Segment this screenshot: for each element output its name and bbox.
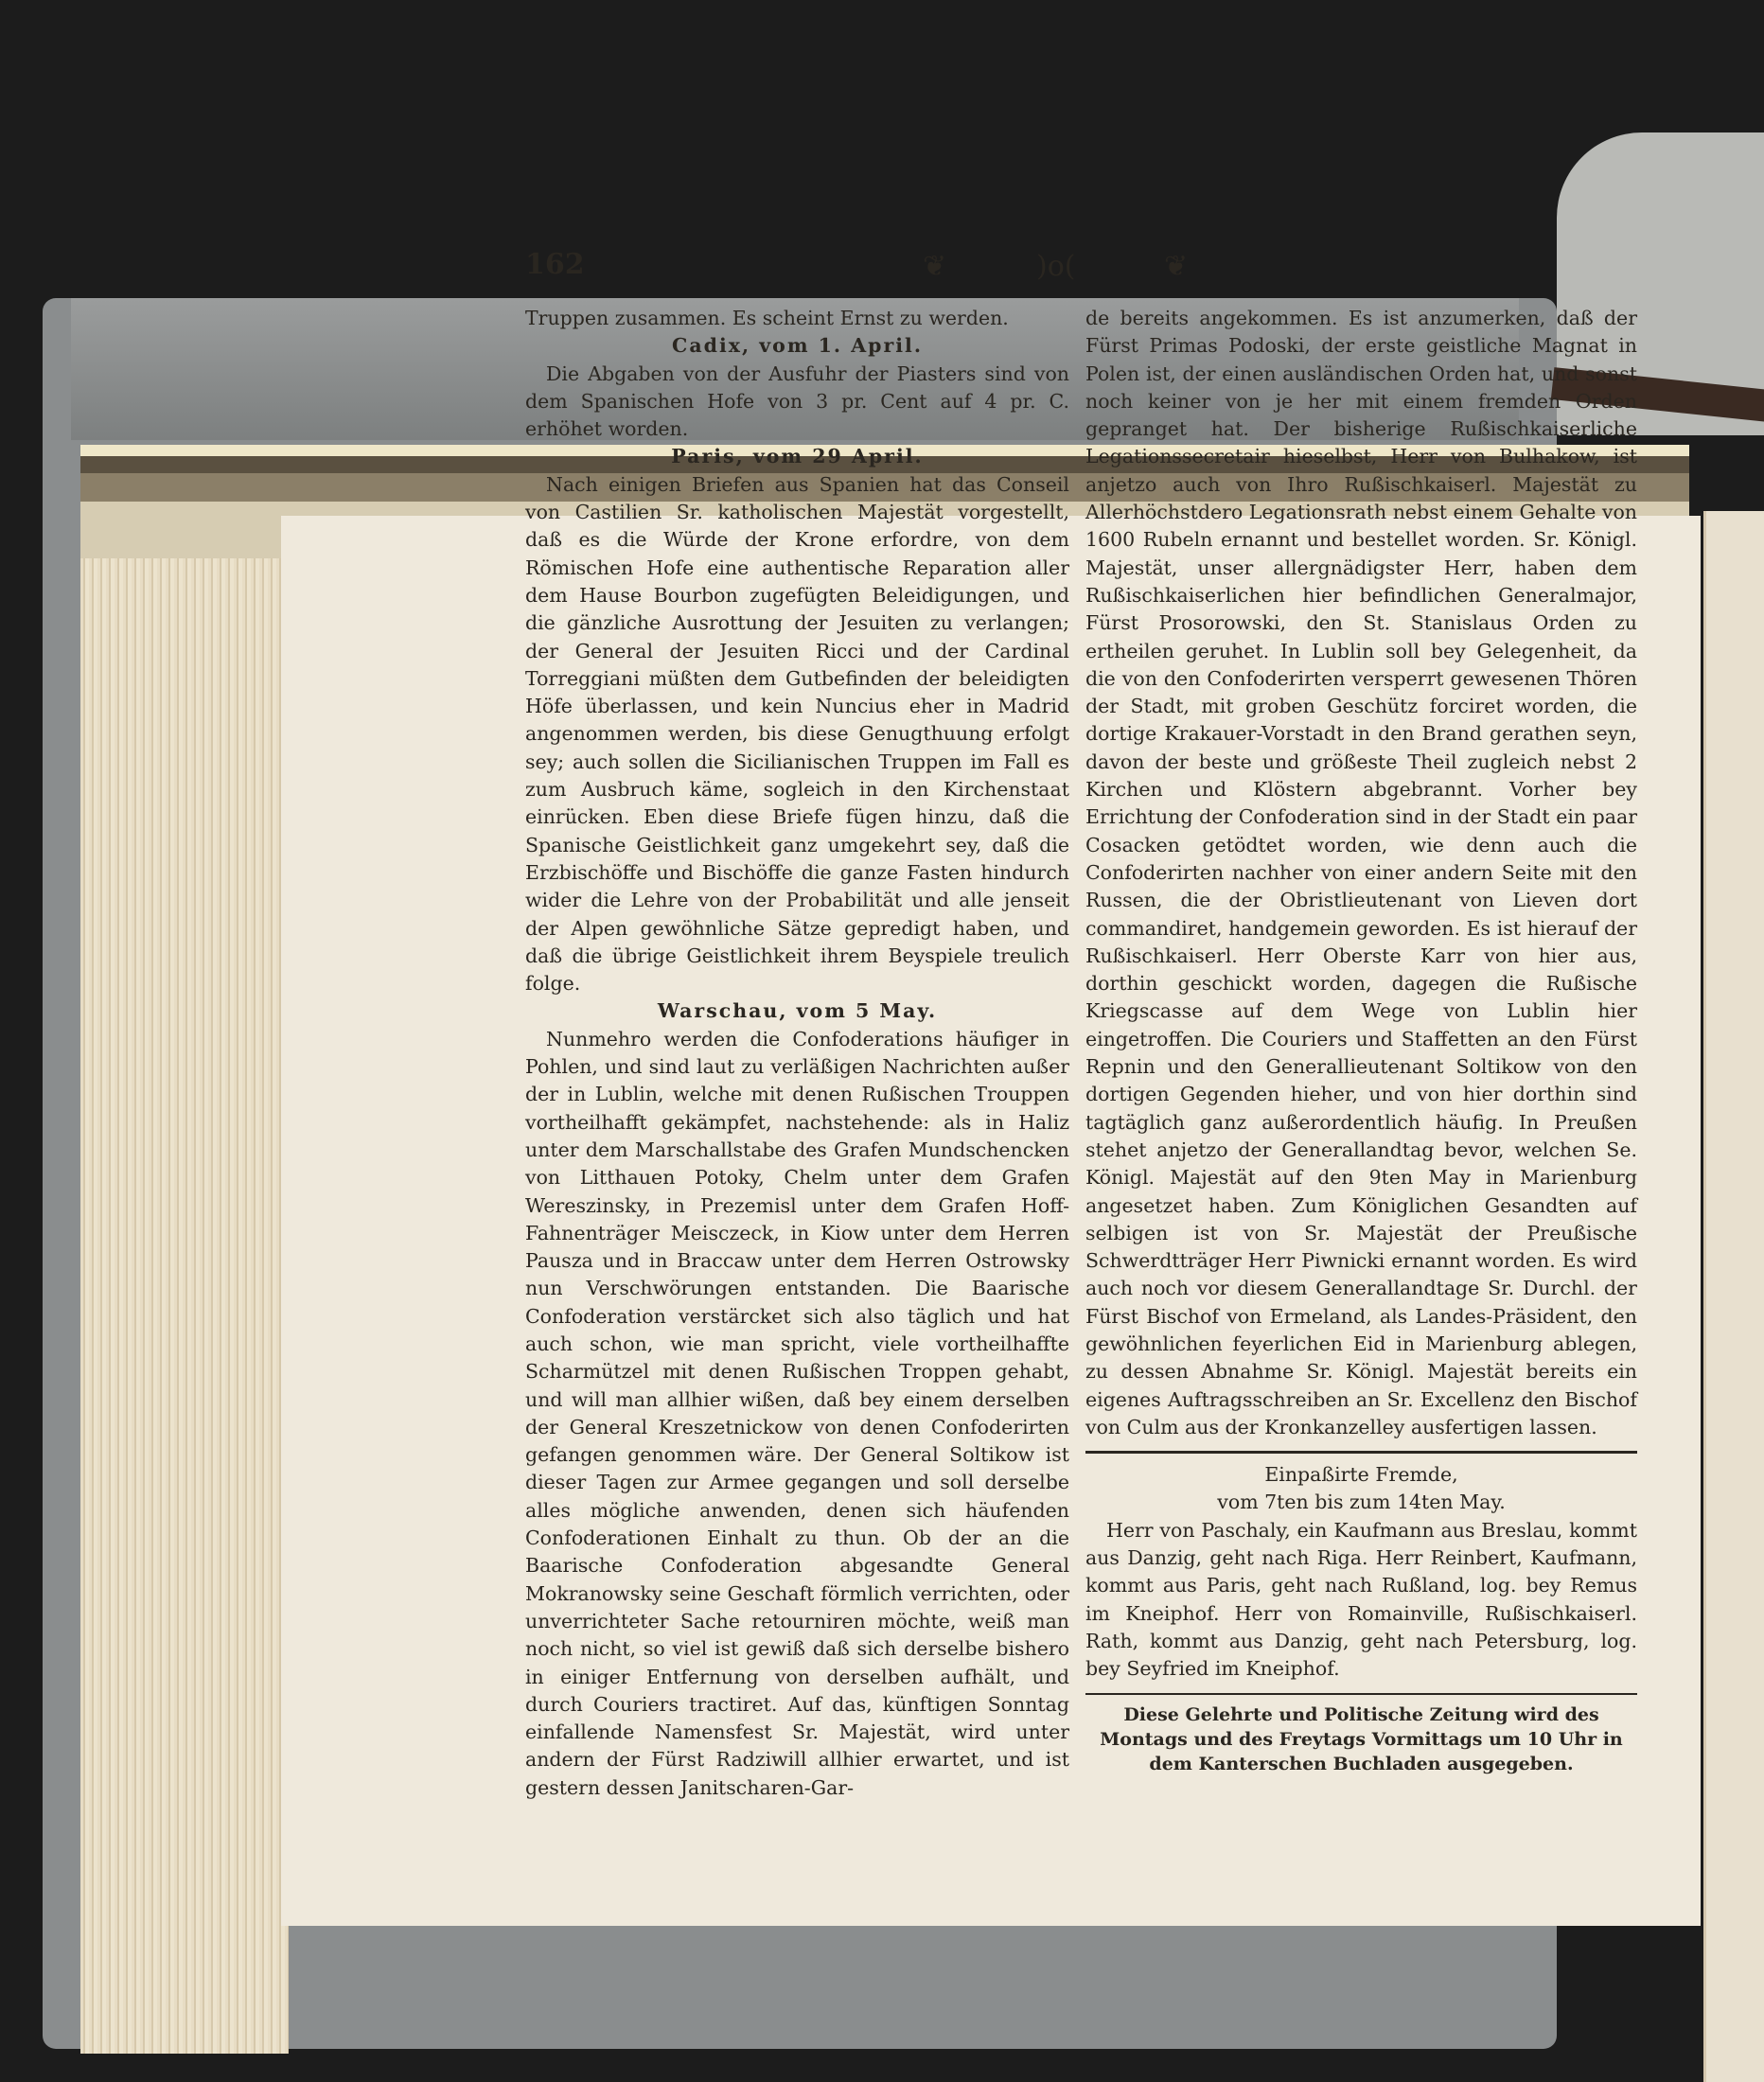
- footer-divider: [1085, 1693, 1637, 1695]
- section-divider: [1085, 1451, 1637, 1454]
- page-number: 162: [525, 248, 585, 281]
- left-column: Truppen zusammen. Es scheint Ernst zu we…: [525, 305, 1069, 1802]
- continued-article-warschau: de bereits angekommen. Es ist anzumerken…: [1085, 305, 1637, 1441]
- article-warschau: Nunmehro werden die Confoderations häufi…: [525, 1026, 1069, 1802]
- dateline-warschau: Warschau, vom 5 May.: [525, 997, 1069, 1025]
- shell-ornament-icon: ❦: [1164, 250, 1188, 283]
- arrivals-title: Einpaßirte Fremde,: [1085, 1461, 1637, 1489]
- right-column: de bereits angekommen. Es ist anzumerken…: [1085, 305, 1637, 1776]
- dateline-paris: Paris, vom 29 April.: [525, 443, 1069, 470]
- center-ornament: )o(: [1036, 250, 1075, 283]
- publication-note: Diese Gelehrte und Politische Zeitung wi…: [1085, 1703, 1637, 1776]
- dateline-cadix: Cadix, vom 1. April.: [525, 332, 1069, 360]
- article-paris: Nach einigen Briefen aus Spanien hat das…: [525, 471, 1069, 998]
- arrivals-list: Herr von Paschaly, ein Kaufmann aus Bres…: [1085, 1517, 1637, 1684]
- page-content: 162 ❦ )o( ❦ Truppen zusammen. Es scheint…: [0, 0, 1764, 2082]
- shell-ornament-icon: ❦: [923, 250, 946, 283]
- article-cadix: Die Abgaben von der Ausfuhr der Piasters…: [525, 361, 1069, 444]
- arrivals-dates: vom 7ten bis zum 14ten May.: [1085, 1489, 1637, 1516]
- continued-text: Truppen zusammen. Es scheint Ernst zu we…: [525, 305, 1069, 332]
- running-header: 162 ❦ )o( ❦: [525, 248, 1637, 295]
